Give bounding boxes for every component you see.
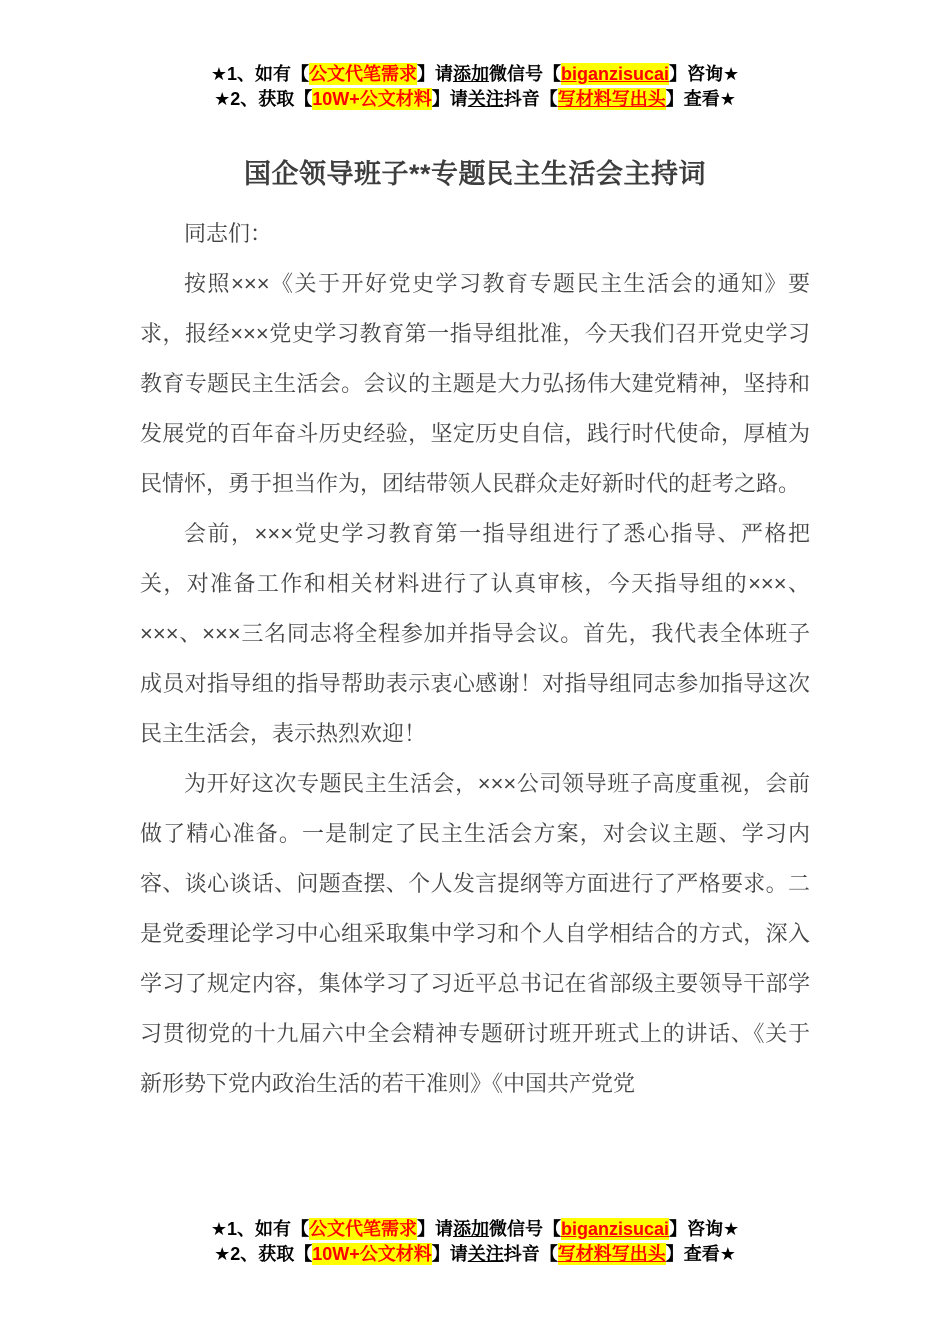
- promo-follow-underline: 关注: [468, 1244, 504, 1264]
- promo-wechat-id: biganzisucai: [561, 63, 669, 85]
- document-body: 同志们： 按照×××《关于开好党史学习教育专题民主生活会的通知》要求，报经×××…: [140, 209, 810, 1109]
- promo-text: 】查看★: [666, 89, 736, 109]
- promo-banner-bottom: ★1、如有【公文代笔需求】请添加微信号【biganzisucai】咨询★ ★2、…: [0, 1217, 950, 1267]
- paragraph-1: 按照×××《关于开好党史学习教育专题民主生活会的通知》要求，报经×××党史学习教…: [140, 259, 810, 509]
- document-page: ★1、如有【公文代笔需求】请添加微信号【biganzisucai】咨询★ ★2、…: [0, 0, 950, 1344]
- promo-line-1: ★1、如有【公文代笔需求】请添加微信号【biganzisucai】咨询★: [0, 62, 950, 87]
- paragraph-3: 为开好这次专题民主生活会，×××公司领导班子高度重视，会前做了精心准备。一是制定…: [140, 759, 810, 1109]
- promo-text: ★2、获取【: [214, 89, 312, 109]
- promo-text: 抖音【: [504, 1244, 558, 1264]
- promo-text: 】请: [417, 64, 453, 84]
- promo-highlight-materials: 10W+公文材料: [312, 1243, 432, 1265]
- promo-text: ★2、获取【: [214, 1244, 312, 1264]
- paragraph-2: 会前，×××党史学习教育第一指导组进行了悉心指导、严格把关，对准备工作和相关材料…: [140, 509, 810, 759]
- promo-text: ★1、如有【: [211, 64, 309, 84]
- promo-line-1: ★1、如有【公文代笔需求】请添加微信号【biganzisucai】咨询★: [0, 1217, 950, 1242]
- promo-add-underline: 添加: [453, 1219, 489, 1239]
- promo-text: 】咨询★: [669, 64, 739, 84]
- promo-text: 抖音【: [504, 89, 558, 109]
- promo-text: 微信号【: [489, 64, 561, 84]
- promo-text: 】查看★: [666, 1244, 736, 1264]
- promo-highlight-service: 公文代笔需求: [309, 1218, 417, 1240]
- promo-line-2: ★2、获取【10W+公文材料】请关注抖音【写材料写出头】查看★: [0, 87, 950, 112]
- promo-text: 】请: [432, 1244, 468, 1264]
- promo-text: 】请: [417, 1219, 453, 1239]
- promo-line-2: ★2、获取【10W+公文材料】请关注抖音【写材料写出头】查看★: [0, 1242, 950, 1267]
- promo-highlight-materials: 10W+公文材料: [312, 88, 432, 110]
- promo-wechat-id: biganzisucai: [561, 1218, 669, 1240]
- promo-douyin-id: 写材料写出头: [558, 1243, 666, 1265]
- promo-highlight-service: 公文代笔需求: [309, 63, 417, 85]
- page-title: 国企领导班子**专题民主生活会主持词: [140, 154, 810, 194]
- promo-banner-top: ★1、如有【公文代笔需求】请添加微信号【biganzisucai】咨询★ ★2、…: [0, 0, 950, 112]
- promo-douyin-id: 写材料写出头: [558, 88, 666, 110]
- paragraph-salutation: 同志们：: [140, 209, 810, 259]
- promo-text: 】请: [432, 89, 468, 109]
- promo-text: ★1、如有【: [211, 1219, 309, 1239]
- promo-text: 】咨询★: [669, 1219, 739, 1239]
- promo-text: 微信号【: [489, 1219, 561, 1239]
- promo-follow-underline: 关注: [468, 89, 504, 109]
- promo-add-underline: 添加: [453, 64, 489, 84]
